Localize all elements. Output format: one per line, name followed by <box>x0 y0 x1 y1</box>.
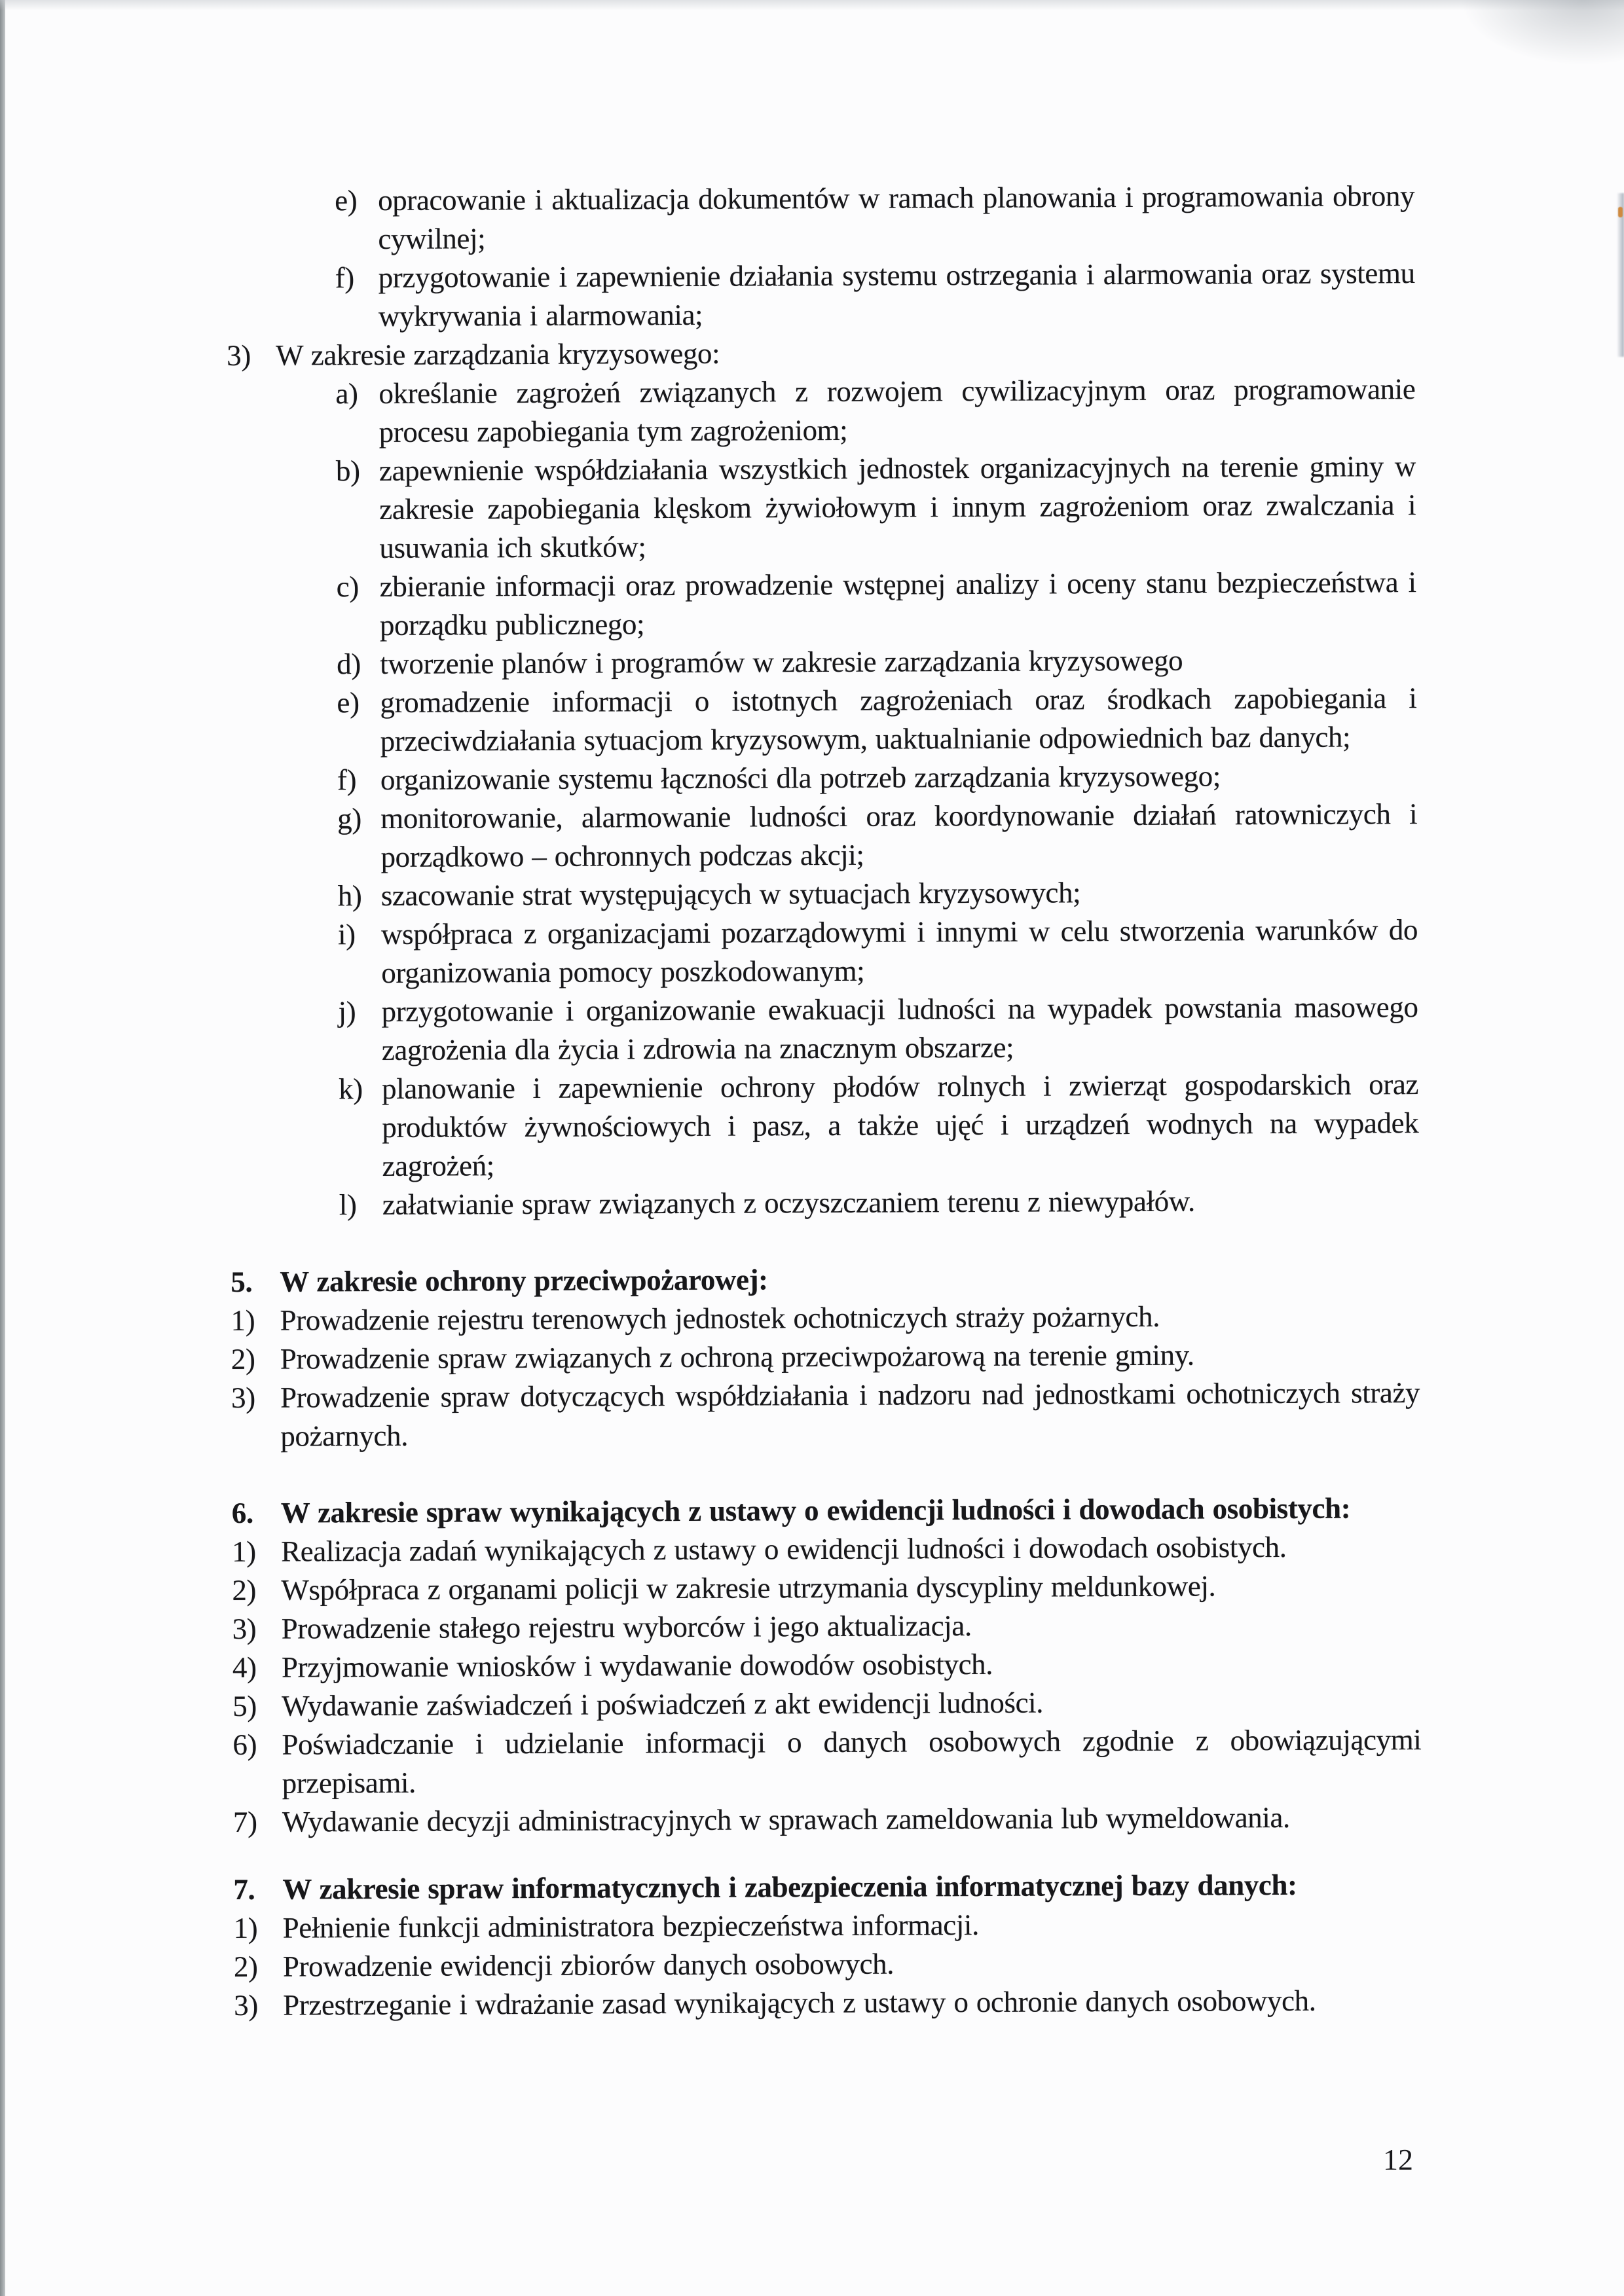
list-item: 2)Prowadzenie spraw związanych z ochroną… <box>231 1335 1420 1379</box>
list-item: f)przygotowanie i zapewnienie działania … <box>335 254 1415 336</box>
list-marker: l) <box>339 1186 382 1224</box>
list-marker: 2) <box>234 1948 283 1986</box>
list-marker: 6) <box>232 1726 282 1803</box>
list-marker: 4) <box>232 1649 282 1687</box>
list-item: 3)Przestrzeganie i wdrażanie zasad wynik… <box>234 1981 1422 2025</box>
list-item: l)załatwianie spraw związanych z oczyszc… <box>339 1181 1419 1224</box>
list-marker: f) <box>335 259 379 336</box>
list-item: 6)Poświadczanie i udzielanie informacji … <box>232 1721 1421 1803</box>
list-marker: b) <box>336 452 380 568</box>
list-item: b)zapewnienie współdziałania wszystkich … <box>336 447 1416 568</box>
list-item: c)zbieranie informacji oraz prowadzenie … <box>337 563 1416 645</box>
list-item: 3)W zakresie zarządzania kryzysowego: <box>227 331 1415 375</box>
list-marker: 1) <box>234 1909 283 1948</box>
list-item-text: tworzenie planów i programów w zakresie … <box>380 640 1416 683</box>
list-item-text: Pełnienie funkcji administratora bezpiec… <box>283 1904 1422 1948</box>
list-marker: 1) <box>231 1302 280 1340</box>
list-marker: 5) <box>232 1687 282 1726</box>
list-marker: d) <box>337 645 380 683</box>
list-item-text: Wydawanie decyzji administracyjnych w sp… <box>282 1798 1422 1842</box>
list-marker: a) <box>335 374 379 452</box>
list-item-text: Wydawanie zaświadczeń i poświadczeń z ak… <box>282 1682 1421 1726</box>
list-item-text: Poświadczanie i udzielanie informacji o … <box>282 1721 1421 1803</box>
list-marker: 3) <box>232 1610 282 1649</box>
section-heading: 5.W zakresie ochrony przeciwpożarowej: <box>231 1258 1419 1302</box>
page-number: 12 <box>1383 2142 1413 2177</box>
list-item-text: zbieranie informacji oraz prowadzenie ws… <box>380 563 1416 645</box>
list-item-text: opracowanie i aktualizacja dokumentów w … <box>378 177 1414 259</box>
list-item: i)współpraca z organizacjami pozarządowy… <box>338 911 1418 993</box>
list-item-text: współpraca z organizacjami pozarządowymi… <box>381 911 1418 993</box>
list-marker: h) <box>338 877 381 915</box>
list-item: f)organizowanie systemu łączności dla po… <box>337 756 1417 799</box>
list-item-text: Prowadzenie rejestru terenowych jednoste… <box>280 1296 1419 1340</box>
list-item: 3)Prowadzenie spraw dotyczących współdzi… <box>231 1374 1420 1456</box>
list-item: j)przygotowanie i organizowanie ewakuacj… <box>338 988 1418 1070</box>
list-item-text: gromadzenie informacji o istotnych zagro… <box>380 679 1416 761</box>
list-item-text: załatwianie spraw związanych z oczyszcza… <box>382 1181 1419 1224</box>
list-item: e)gromadzenie informacji o istotnych zag… <box>337 679 1416 761</box>
list-item: h)szacowanie strat występujących w sytua… <box>338 872 1418 915</box>
scan-left-edge-strip <box>0 0 5 2296</box>
list-item-text: przygotowanie i zapewnienie działania sy… <box>378 254 1415 336</box>
list-item-text: planowanie i zapewnienie ochrony płodów … <box>382 1065 1419 1186</box>
list-marker: 1) <box>232 1533 281 1571</box>
list-item: 4)Przyjmowanie wniosków i wydawanie dowo… <box>232 1643 1421 1687</box>
list-item-text: określanie zagrożeń związanych z rozwoje… <box>378 370 1415 452</box>
scanned-document-page: e)opracowanie i aktualizacja dokumentów … <box>0 0 1624 2296</box>
list-item-text: organizowanie systemu łączności dla potr… <box>380 756 1417 799</box>
scan-top-edge-shadow <box>0 0 1624 10</box>
list-item: 1)Realizacja zadań wynikających z ustawy… <box>232 1527 1420 1571</box>
list-marker: i) <box>338 915 382 993</box>
list-marker: 2) <box>232 1571 281 1610</box>
list-item: e)opracowanie i aktualizacja dokumentów … <box>335 177 1414 259</box>
section-heading: 7.W zakresie spraw informatycznych i zab… <box>233 1865 1422 1909</box>
list-item: 1)Pełnienie funkcji administratora bezpi… <box>234 1904 1422 1948</box>
list-marker: c) <box>337 568 380 645</box>
list-item: 7)Wydawanie decyzji administracyjnych w … <box>233 1798 1422 1842</box>
section-heading-text: W zakresie spraw informatycznych i zabez… <box>282 1865 1422 1909</box>
list-item-text: Prowadzenie stałego rejestru wyborców i … <box>282 1605 1421 1649</box>
list-item: d)tworzenie planów i programów w zakresi… <box>337 640 1416 683</box>
section-heading: 6.W zakresie spraw wynikających z ustawy… <box>232 1489 1420 1533</box>
list-item: k)planowanie i zapewnienie ochrony płodó… <box>339 1065 1419 1186</box>
list-item-text: Prowadzenie spraw dotyczących współdział… <box>280 1374 1420 1456</box>
list-item: g)monitorowanie, alarmowanie ludności or… <box>337 795 1417 877</box>
scan-top-right-smudge <box>1460 0 1624 65</box>
list-item: 2)Współpraca z organami policji w zakres… <box>232 1566 1420 1610</box>
document-body: e)opracowanie i aktualizacja dokumentów … <box>226 177 1422 2025</box>
list-marker: 3) <box>234 1986 283 2025</box>
list-item: 5)Wydawanie zaświadczeń i poświadczeń z … <box>232 1682 1421 1726</box>
list-item-text: zapewnienie współdziałania wszystkich je… <box>379 447 1416 568</box>
section-heading-text: W zakresie spraw wynikających z ustawy o… <box>281 1489 1420 1533</box>
list-item: a)określanie zagrożeń związanych z rozwo… <box>335 370 1415 452</box>
list-item-text: Przestrzeganie i wdrażanie zasad wynikaj… <box>283 1981 1422 2025</box>
list-item-text: Współpraca z organami policji w zakresie… <box>281 1566 1420 1610</box>
list-marker: f) <box>337 761 380 799</box>
list-item: 2)Prowadzenie ewidencji zbiorów danych o… <box>234 1942 1422 1986</box>
list-item-text: Przyjmowanie wniosków i wydawanie dowodó… <box>282 1643 1421 1687</box>
list-marker: 3) <box>227 337 276 375</box>
list-marker: 7) <box>233 1803 282 1842</box>
scan-right-edge-smudge <box>1617 193 1624 357</box>
list-marker: e) <box>337 683 380 761</box>
list-item: 3)Prowadzenie stałego rejestru wyborców … <box>232 1605 1421 1649</box>
section-number: 7. <box>233 1870 282 1909</box>
list-item-text: szacowanie strat występujących w sytuacj… <box>381 872 1418 915</box>
list-marker: g) <box>337 799 381 877</box>
list-marker: k) <box>339 1070 382 1186</box>
list-marker: 3) <box>231 1379 281 1456</box>
list-item: 1)Prowadzenie rejestru terenowych jednos… <box>231 1296 1419 1340</box>
list-item-text: monitorowanie, alarmowanie ludności oraz… <box>380 795 1417 877</box>
list-marker: j) <box>338 993 382 1070</box>
list-marker: e) <box>335 181 378 259</box>
scan-right-edge-mark <box>1618 207 1623 217</box>
list-marker: 2) <box>231 1340 280 1379</box>
list-item-text: Prowadzenie spraw związanych z ochroną p… <box>280 1335 1420 1379</box>
list-item-text: Prowadzenie ewidencji zbiorów danych oso… <box>283 1942 1422 1986</box>
list-item-text: Realizacja zadań wynikających z ustawy o… <box>281 1527 1420 1571</box>
list-item-text: W zakresie zarządzania kryzysowego: <box>276 331 1415 375</box>
section-heading-text: W zakresie ochrony przeciwpożarowej: <box>280 1258 1419 1302</box>
section-number: 6. <box>232 1494 281 1533</box>
section-number: 5. <box>231 1263 280 1302</box>
list-item-text: przygotowanie i organizowanie ewakuacji … <box>381 988 1418 1070</box>
